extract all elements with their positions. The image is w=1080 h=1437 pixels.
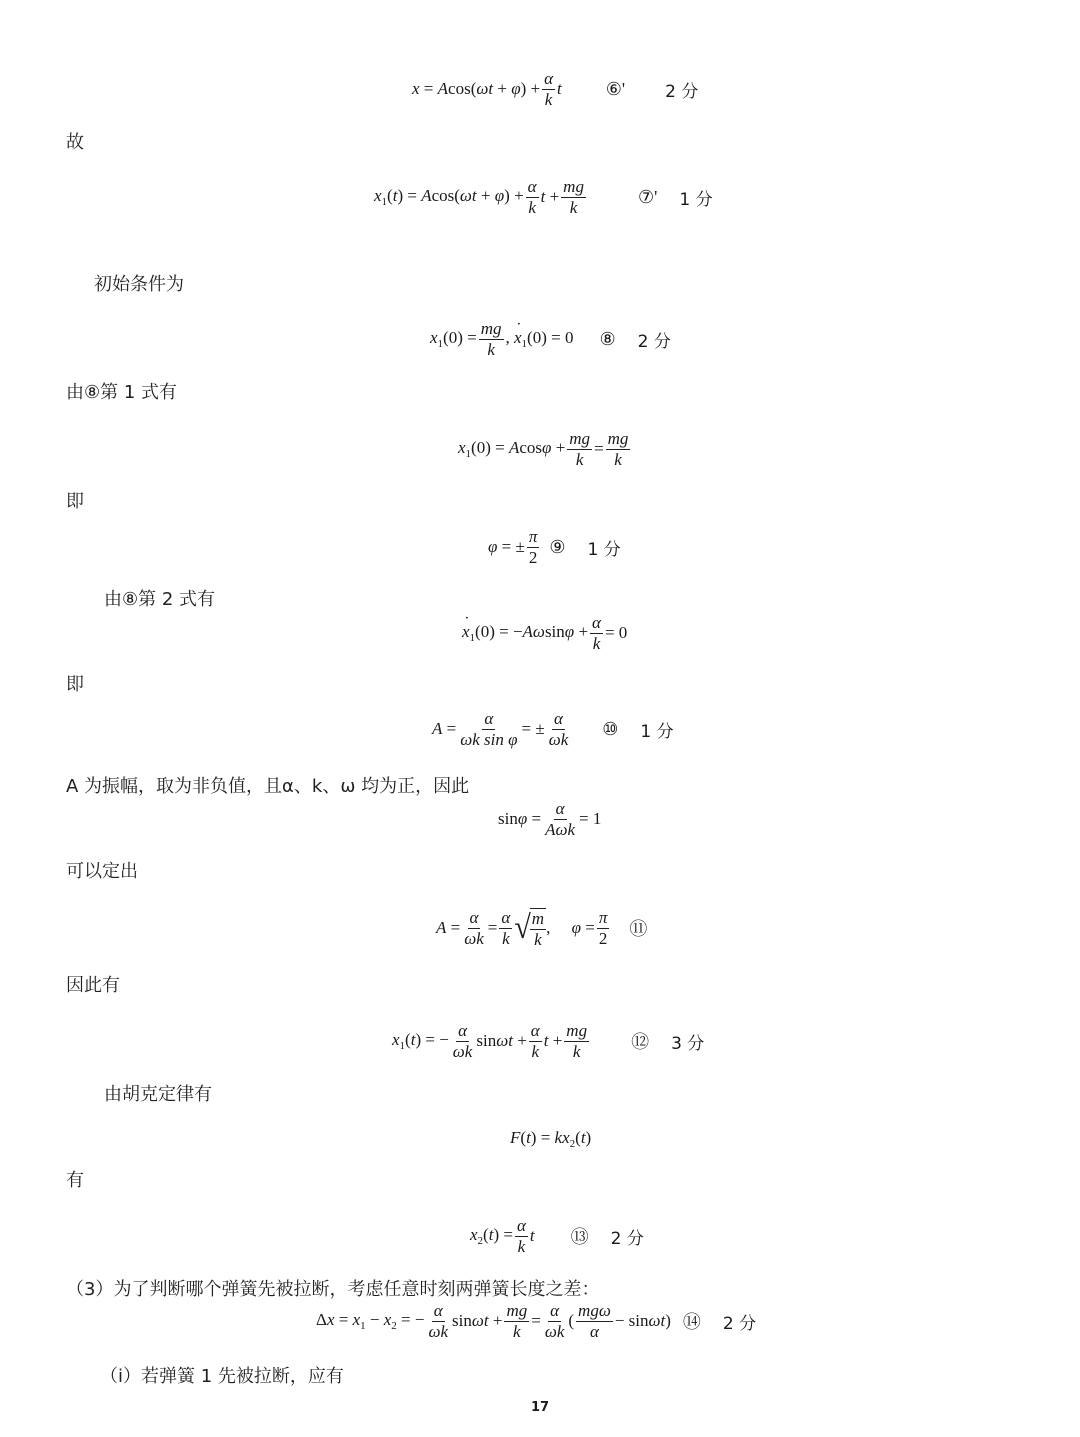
equation-13: x2(t) = αk t ⑬ 2 分 — [470, 1217, 644, 1256]
fraction-mg-over-k: mgk — [479, 320, 504, 359]
equation-9: φ = ± π2 ⑨ 1 分 — [488, 528, 621, 567]
equation-tag: ⑨ — [549, 537, 565, 558]
score-label: 1 分 — [588, 535, 621, 560]
score-label: 2 分 — [665, 77, 698, 102]
fraction-alpha-over-k: αk — [499, 909, 512, 948]
equation-tag: ⑧ — [599, 329, 615, 350]
score-label: 2 分 — [611, 1224, 644, 1249]
score-label: 1 分 — [679, 185, 712, 210]
equation-tag: ⑪ — [629, 915, 647, 941]
equation-14: Δx = x1 − x2 = − αωk sinωt + mgk = αωk (… — [316, 1302, 756, 1341]
equation-tag: ⑥' — [606, 79, 625, 100]
eq-lhs: x = Acos(ωt + φ) + — [412, 79, 540, 99]
equation-x1dot-zero: x1(0) = −Aωsinφ + αk = 0 — [462, 614, 627, 653]
equation-6prime: x = Acos(ωt + φ) + αk t ⑥' 2 分 — [412, 70, 698, 109]
page-number: 17 — [531, 1400, 549, 1415]
equation-tag: ⑩ — [602, 719, 618, 740]
score-label: 2 分 — [723, 1309, 756, 1334]
fraction-mg-over-k: mgk — [504, 1302, 529, 1341]
equation-10: A = αωk sin φ = ± αωk ⑩ 1 分 — [432, 710, 674, 749]
equation-x1-zero: x1(0) = Acosφ + mgk = mgk — [458, 430, 632, 469]
fraction-mg-over-k: mgk — [606, 430, 631, 469]
text-keyi: 可以定出 — [66, 857, 138, 883]
text-ji-1: 即 — [66, 487, 84, 513]
text-you: 有 — [66, 1166, 84, 1192]
text-ji-2: 即 — [66, 670, 84, 696]
equation-hooke: F(t) = kx2(t) — [510, 1128, 591, 1150]
text-from-8-second: 由⑧第 2 式有 — [104, 585, 215, 611]
fraction-alpha-over-k: αk — [515, 1217, 528, 1256]
equation-11: A = αωk = αk √mk , φ = π2 ⑪ — [436, 908, 647, 949]
fraction-alpha-over-omega-k-sin-phi: αωk sin φ — [458, 710, 519, 749]
score-label: 1 分 — [640, 717, 673, 742]
fraction-alpha-over-omega-k: αωk — [547, 710, 571, 749]
fraction-pi-over-2: π2 — [527, 528, 540, 567]
fraction-mg-over-k: mgk — [564, 1022, 589, 1061]
fraction-mg-omega-over-alpha: mgωα — [576, 1302, 613, 1341]
fraction-pi-over-2: π2 — [597, 909, 610, 948]
equation-7prime: x1(t) = Acos(ωt + φ) + αk t + mgk ⑦' 1 分 — [374, 178, 713, 217]
text-gu: 故 — [66, 128, 84, 154]
equation-tag: ⑫ — [631, 1028, 649, 1054]
text-yinci: 因此有 — [66, 971, 120, 997]
score-label: 3 分 — [671, 1029, 704, 1054]
fraction-alpha-over-k: αk — [526, 178, 539, 217]
fraction-alpha-over-omega-k: αωk — [462, 909, 486, 948]
text-amplitude-note: A 为振幅，取为非负值，且α、k、ω 均为正，因此 — [66, 772, 469, 798]
fraction-alpha-over-k: αk — [590, 614, 603, 653]
equation-tag: ⑭ — [683, 1308, 701, 1334]
text-part3: （3）为了判断哪个弹簧先被拉断，考虑任意时刻两弹簧长度之差： — [66, 1275, 599, 1301]
fraction-alpha-over-k: αk — [529, 1022, 542, 1061]
equation-tag: ⑦' — [638, 187, 657, 208]
equation-sin-phi: sinφ = αAωk = 1 — [498, 800, 601, 839]
fraction-mg-over-k: mgk — [561, 178, 586, 217]
equation-tag: ⑬ — [571, 1223, 589, 1249]
text-part3-i: （i）若弹簧 1 先被拉断，应有 — [100, 1362, 344, 1388]
fraction-alpha-over-k: αk — [542, 70, 555, 109]
text-hooke: 由胡克定律有 — [104, 1080, 212, 1106]
equation-8: x1(0) = mgk , x1(0) = 0 ⑧ 2 分 — [430, 320, 671, 359]
fraction-alpha-over-omega-k: αωk — [543, 1302, 567, 1341]
score-label: 2 分 — [638, 327, 671, 352]
fraction-alpha-over-omega-k: αωk — [426, 1302, 450, 1341]
sqrt-m-over-k: √mk — [514, 908, 546, 949]
fraction-alpha-over-a-omega-k: αAωk — [543, 800, 577, 839]
fraction-alpha-over-omega-k: αωk — [451, 1022, 475, 1061]
text-initial-conditions: 初始条件为 — [94, 270, 184, 296]
fraction-mg-over-k: mgk — [567, 430, 592, 469]
equation-12: x1(t) = − αωk sinωt + αk t + mgk ⑫ 3 分 — [392, 1022, 704, 1061]
text-from-8-first: 由⑧第 1 式有 — [66, 378, 177, 404]
